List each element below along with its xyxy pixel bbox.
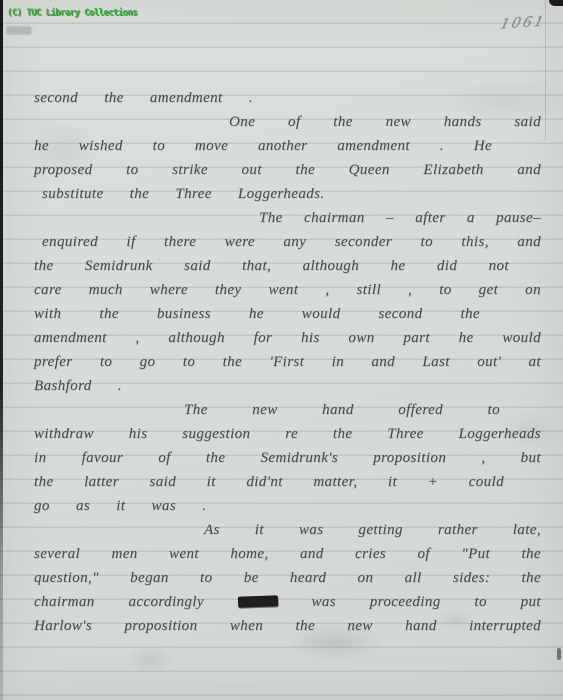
manuscript-line: proposed to strike out the Queen Elizabe… (34, 158, 541, 182)
manuscript-line: As it was getting rather late, (204, 518, 541, 542)
manuscript-line: amendment , although for his own part he… (34, 326, 541, 350)
manuscript-line: care much where they went , still , to g… (34, 278, 541, 302)
manuscript-line: the latter said it did'nt matter, it + c… (34, 470, 504, 494)
manuscript-line: substitute the Three Loggerheads. (42, 182, 541, 206)
manuscript-line: go as it was . (34, 494, 541, 518)
library-watermark: (C) TUC Library Collections (7, 8, 137, 18)
manuscript-line: Harlow's proposition when the new hand i… (34, 614, 541, 638)
scan-edge-mark (557, 648, 561, 660)
manuscript-line: several men went home, and cries of "Put… (34, 542, 541, 566)
manuscript-line: with the business he would second the (34, 302, 480, 326)
manuscript-line: One of the new hands said (229, 110, 541, 134)
manuscript-line: withdraw his suggestion re the Three Log… (34, 422, 541, 446)
manuscript-line: prefer to go to the 'First in and Last o… (34, 350, 541, 374)
manuscript-line: chairman accordingly was proceeding to p… (34, 590, 541, 614)
redaction-mark (238, 595, 278, 607)
page-number: 1061 (498, 12, 547, 33)
manuscript-line: enquired if there were any seconder to t… (42, 230, 541, 254)
manuscript-page: (C) TUC Library Collections 1061 second … (0, 0, 563, 700)
watermark-smudge (7, 27, 31, 34)
scan-corner-artifact (549, 0, 563, 6)
manuscript-line: he wished to move another amendment . He (34, 134, 492, 158)
manuscript-line: question," began to be heard on all side… (34, 566, 541, 590)
manuscript-line: The new hand offered to (184, 398, 500, 422)
manuscript-line: The chairman – after a pause– (259, 206, 541, 230)
manuscript-line: Bashford . (34, 374, 541, 398)
manuscript-line: second the amendment . (34, 86, 541, 110)
manuscript-text: second the amendment .One of the new han… (0, 86, 563, 638)
manuscript-line: the Semidrunk said that, although he did… (34, 254, 509, 278)
manuscript-line: in favour of the Semidrunk's proposition… (34, 446, 541, 470)
